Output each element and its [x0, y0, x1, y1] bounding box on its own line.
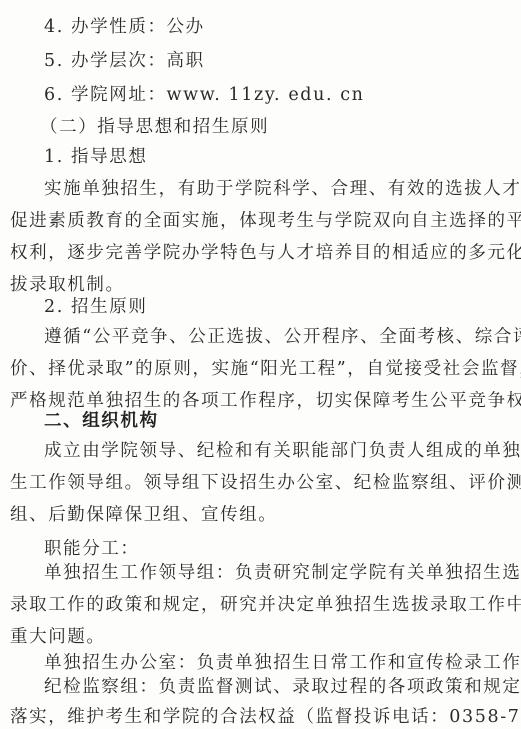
paragraph-line: 生工作领导组。领导组下设招生办公室、纪检监察组、评价测试	[10, 472, 521, 494]
paragraph-line: 落实，维护考生和学院的合法权益（监督投诉电话：0358-7849906）	[10, 706, 521, 728]
document-page: 4. 办学性质：公办 5. 办学层次：高职 6. 学院网址：www. 11zy.…	[0, 0, 521, 729]
paragraph-line: 成立由学院领导、纪检和有关职能部门负责人组成的单独招	[44, 440, 521, 462]
paragraph-line: 实施单独招生，有助于学院科学、合理、有效的选拔人才，	[44, 178, 521, 200]
paragraph-line: 拔录取机制。	[10, 274, 125, 296]
item-website: 6. 学院网址：www. 11zy. edu. cn	[44, 84, 365, 106]
paragraph-line: 纪检监察组：负责监督测试、录取过程的各项政策和规定的	[44, 676, 521, 698]
paragraph-line: 权利，逐步完善学院办学特色与人才培养目的相适应的多元化选	[10, 242, 521, 264]
item-level: 5. 办学层次：高职	[44, 50, 205, 72]
item-nature: 4. 办学性质：公办	[44, 16, 205, 38]
subheading-guiding-thought: 1. 指导思想	[44, 146, 147, 168]
paragraph-line: 遵循“公平竞争、公正选拔、公开程序、全面考核、综合评	[44, 326, 521, 348]
subheading-duties: 职能分工：	[44, 538, 140, 560]
paragraph-line: 促进素质教育的全面实施，体现考生与学院双向自主选择的平等	[10, 210, 521, 232]
paragraph-line: 录取工作的政策和规定，研究并决定单独招生选拔录取工作中的	[10, 594, 521, 616]
paragraph-line: 价、择优录取”的原则，实施“阳光工程”，自觉接受社会监督，	[10, 358, 521, 380]
paragraph-line: 严格规范单独招生的各项工作程序，切实保障考生公平竞争权利。	[10, 390, 521, 412]
paragraph-line: 单独招生工作领导组：负责研究制定学院有关单独招生选拔、	[44, 562, 521, 584]
subheading-admission-principles: 2. 招生原则	[44, 296, 147, 318]
section-heading-organization: 二、组织机构	[44, 410, 159, 432]
paragraph-line: 单独招生办公室：负责单独招生日常工作和宣传检录工作。	[44, 652, 521, 674]
paragraph-line: 重大问题。	[10, 626, 106, 648]
section-heading-guiding-principles: （二）指导思想和招生原则	[40, 116, 269, 138]
paragraph-line: 组、后勤保障保卫组、宣传组。	[10, 504, 277, 526]
